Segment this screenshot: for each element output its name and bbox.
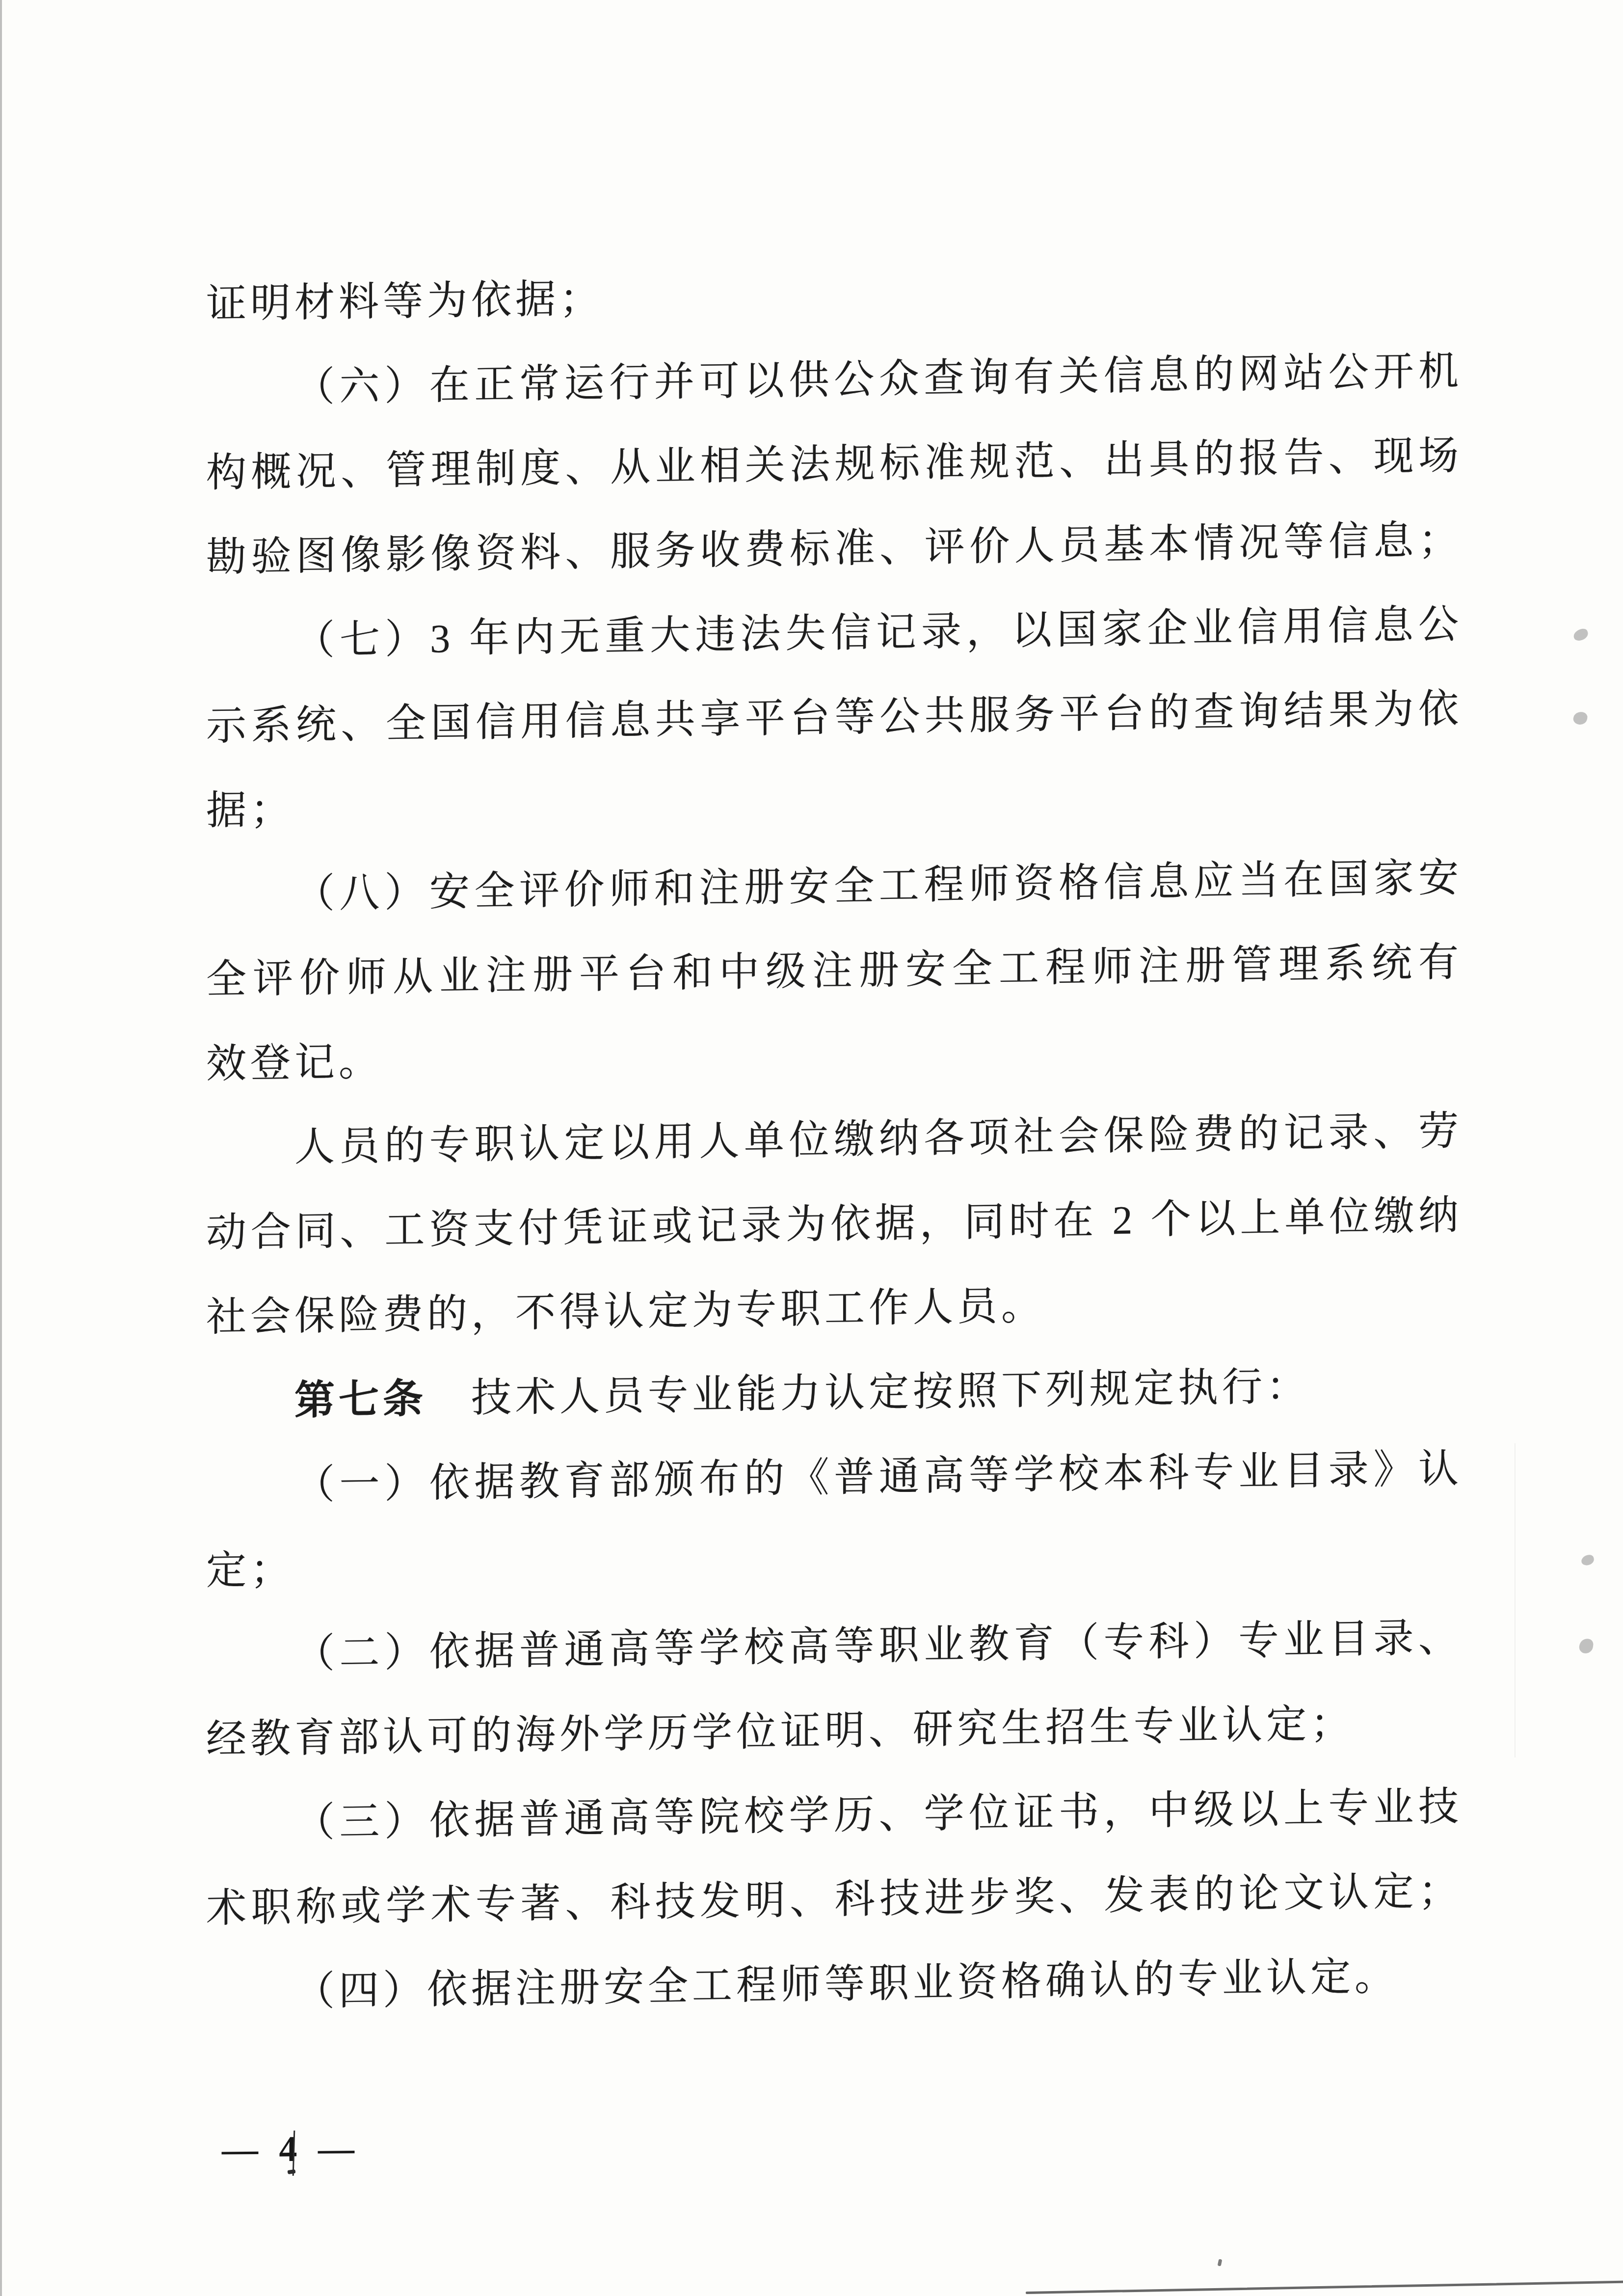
text-line: （四）依据注册安全工程师等职业资格确认的专业认定。 <box>206 1933 1463 2035</box>
scan-smudge <box>1572 627 1589 642</box>
document-body: 证明材料等为依据；（六）在正常运行并可以供公众查询有关信息的网站公开机构概况、管… <box>206 244 1463 2035</box>
pen-stroke-artifact-dot <box>288 2169 296 2174</box>
article-number-bold: 第七条 <box>294 1377 427 1423</box>
text-line: 动合同、工资支付凭证或记录为依据，同时在 2 个以上单位缴纳 <box>206 1173 1463 1275</box>
scanned-document-page: 证明材料等为依据；（六）在正常运行并可以供公众查询有关信息的网站公开机构概况、管… <box>0 0 1623 2296</box>
scan-speck <box>1218 2259 1223 2266</box>
page-number: — 4 — <box>222 2128 360 2171</box>
text-line: 全评价师从业注册平台和中级注册安全工程师注册管理系统有 <box>206 920 1463 1022</box>
text-line: （一）依据教育部颁布的《普通高等学校本科专业目录》认 <box>206 1427 1463 1529</box>
paper-crease <box>1515 1443 1516 1757</box>
scan-diagonal-line <box>1026 2280 1623 2294</box>
scan-smudge <box>1580 1554 1595 1567</box>
scan-smudge <box>1579 1638 1594 1654</box>
scan-smudge <box>1572 711 1588 726</box>
scanner-edge-line <box>0 0 2 2296</box>
text-line: 示系统、全国信用信息共享平台等公共服务平台的查询结果为依 <box>206 667 1463 769</box>
